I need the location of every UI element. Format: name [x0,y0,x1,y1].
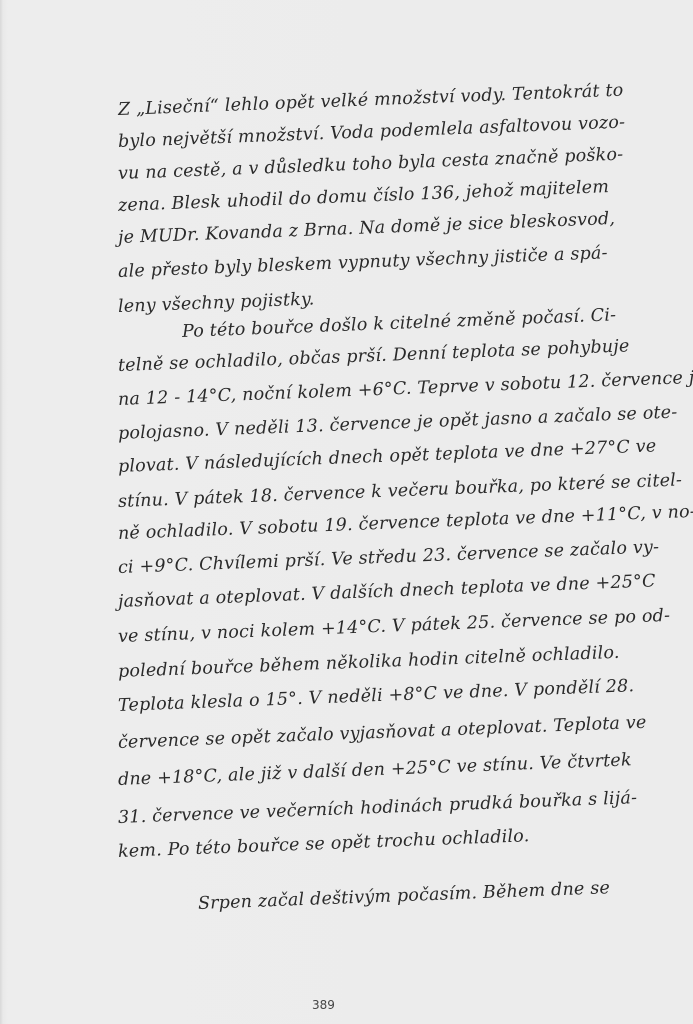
text-line: je MUDr. Kovanda z Brna. Na domě je sice… [118,209,616,248]
text-line: vu na cestě, a v důsledku toho byla cest… [118,145,624,184]
text-line: polední bouřce během několika hodin cite… [118,643,620,682]
page-number: 389 [312,998,335,1012]
text-line: dne +18°C, ale již v další den +25°C ve … [118,750,632,790]
text-line: ci +9°C. Chvílemi prší. Ve středu 23. če… [118,537,660,578]
text-line: na 12 - 14°C, noční kolem +6°C. Teprve v… [118,367,693,410]
text-line: telně se ochladilo, občas prší. Denní te… [118,336,630,376]
text-line: Srpen začal deštivým počasím. Během dne … [198,878,611,914]
text-line: července se opět začalo vyjasňovat a ote… [118,713,647,753]
text-line: plovat. V následujících dnech opět teplo… [118,436,657,477]
text-line: ve stínu, v noci kolem +14°C. V pátek 25… [118,606,671,647]
text-line: leny všechny pojistky. [118,289,315,317]
text-line: zena. Blesk uhodil do domu číslo 136, je… [118,177,610,216]
scanned-page: Z „Liseční“ lehlo opět velké množství vo… [0,0,693,1024]
text-line: jasňovat a oteplovat. V dalších dnech te… [118,571,656,612]
text-line: ale přesto byly bleskem vypnuty všechny … [118,243,608,282]
text-line: kem. Po této bouřce se opět trochu ochla… [118,826,530,862]
text-line: bylo největší množství. Voda podemlela a… [118,113,626,152]
text-line: 31. července ve večerních hodinách prudk… [118,788,638,828]
text-line: Z „Liseční“ lehlo opět velké množství vo… [118,81,624,120]
text-line: Teplota klesla o 15°. V neděli +8°C ve d… [118,676,635,716]
